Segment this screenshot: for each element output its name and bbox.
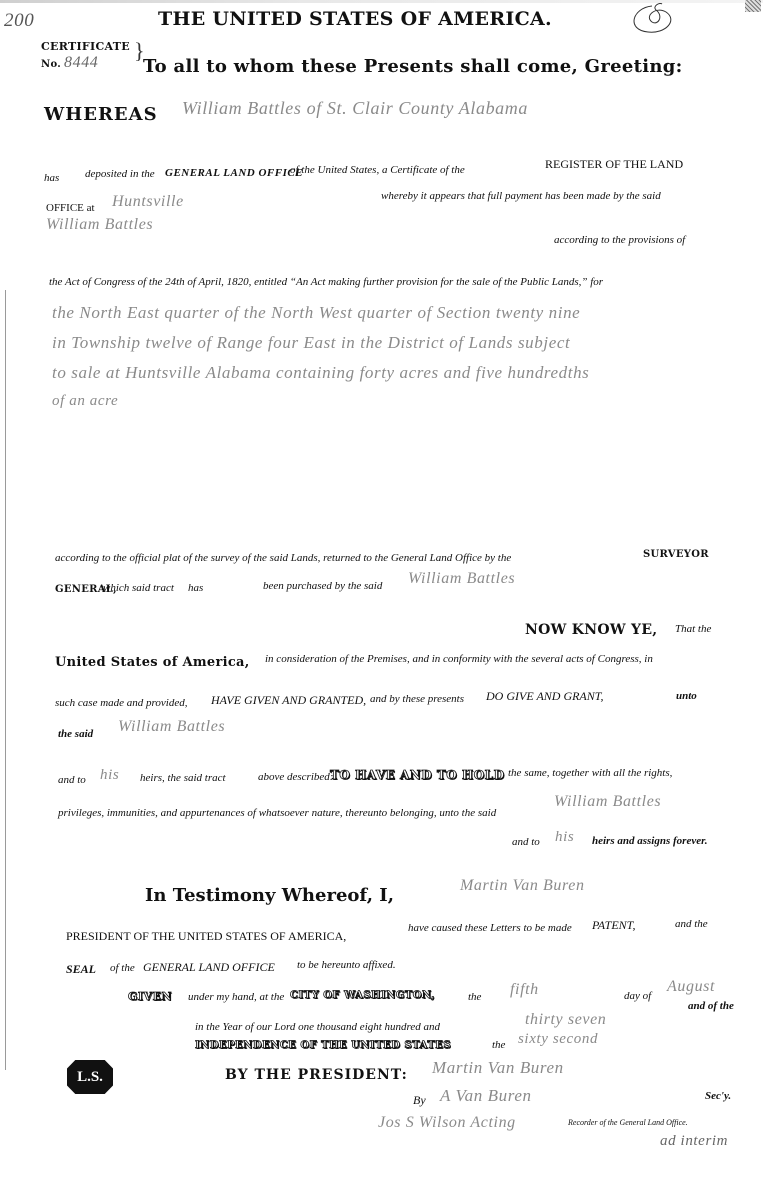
seal-locus-sigilli: L.S. <box>67 1060 113 1094</box>
grantee-name-3: William Battles <box>118 718 225 736</box>
year-text: in the Year of our Lord one thousand eig… <box>195 1021 440 1033</box>
day-of: day of <box>624 990 651 1002</box>
ad-interim: ad interim <box>660 1133 728 1150</box>
land-description-line-3: to sale at Huntsville Alabama containing… <box>52 363 589 383</box>
land-description-line-4: of an acre <box>52 393 118 410</box>
president-text: PRESIDENT OF THE UNITED STATES OF AMERIC… <box>66 929 346 944</box>
his-pronoun-1: his <box>100 767 119 784</box>
under-hand: under my hand, at the <box>188 991 284 1003</box>
same-together: the same, together with all the rights, <box>508 767 672 779</box>
of-the: of the <box>110 962 135 974</box>
grantee-name-4: William Battles <box>554 793 661 811</box>
caused-text: have caused these Letters to be made <box>408 922 572 934</box>
independence: INDEPENDENCE OF THE UNITED STATES <box>195 1040 451 1051</box>
secretary-signature: A Van Buren <box>440 1086 532 1106</box>
by-the-president: BY THE PRESIDENT: <box>225 1067 408 1083</box>
general-land-office: GENERAL LAND OFFICE <box>165 167 303 179</box>
privileges-text: privileges, immunities, and appurtenance… <box>58 807 496 819</box>
and-the: and the <box>675 918 708 930</box>
official-plat-text: according to the official plat of the su… <box>55 552 511 564</box>
and-to-2: and to <box>512 836 540 848</box>
by-word: By <box>413 1093 426 1108</box>
united-states-of-america: United States of America, <box>55 655 250 670</box>
which-said-tract: which said tract <box>103 582 174 594</box>
and-of-the: and of the <box>688 1000 734 1012</box>
purchased-text: been purchased by the said <box>263 580 382 592</box>
recorder-text: Recorder of the General Land Office. <box>568 1118 688 1127</box>
land-description-line-1: the North East quarter of the North West… <box>52 303 580 323</box>
day-ordinal: fifth <box>510 981 539 999</box>
surveyor-label: SURVEYOR <box>643 549 709 560</box>
given-word: GIVEN <box>128 990 172 1003</box>
unto-word: unto <box>676 690 697 702</box>
month: August <box>667 978 715 996</box>
has-word-2: has <box>188 582 203 594</box>
glo-italic: GENERAL LAND OFFICE <box>143 960 275 975</box>
affixed-text: to be hereunto affixed. <box>297 959 396 971</box>
have-given: HAVE GIVEN AND GRANTED, <box>211 693 366 708</box>
scan-corner-mark <box>745 0 761 12</box>
left-margin-rule <box>5 290 6 1070</box>
president-name: Martin Van Buren <box>460 877 585 895</box>
the-said: the said <box>58 728 93 740</box>
the-word: the <box>468 991 481 1003</box>
his-pronoun-2: his <box>555 829 574 846</box>
whereby-text: whereby it appears that full payment has… <box>381 190 661 202</box>
patent-word: PATENT, <box>592 918 635 933</box>
heirs-assigns: heirs and assigns forever. <box>592 835 708 847</box>
and-by-these: and by these presents <box>370 693 464 705</box>
grantee-name-2: William Battles <box>408 570 515 588</box>
certificate-number-label: No. <box>41 59 61 70</box>
seal-word: SEAL <box>66 962 96 977</box>
office-location: Huntsville <box>112 193 184 211</box>
office-at: OFFICE at <box>46 202 95 214</box>
recorder-signature: Jos S Wilson Acting <box>378 1114 516 1132</box>
year-words: thirty seven <box>525 1011 606 1029</box>
has-word: has <box>44 172 59 184</box>
greeting: To all to whom these Presents shall come… <box>143 56 683 77</box>
that-the: That the <box>675 623 711 635</box>
certificate-label: CERTIFICATE <box>41 40 130 53</box>
deposited-text-1: deposited in the <box>85 168 155 180</box>
page-number: 200 <box>4 10 34 32</box>
and-to: and to <box>58 774 86 786</box>
city-of-washington: CITY OF WASHINGTON, <box>290 990 435 1001</box>
president-signature: Martin Van Buren <box>432 1058 564 1078</box>
whereas-label: WHEREAS <box>44 104 158 125</box>
to-have-and-to-hold: TO HAVE AND TO HOLD <box>330 768 505 782</box>
act-text: the Act of Congress of the 24th of April… <box>49 276 603 288</box>
grantee-full: William Battles of St. Clair County Alab… <box>182 98 528 119</box>
heirs-tract: heirs, the said tract <box>140 772 226 784</box>
deposited-text-2: of the United States, a Certificate of t… <box>290 164 465 176</box>
now-know-ye: NOW KNOW YE, <box>525 622 658 638</box>
land-description-line-2: in Township twelve of Range four East in… <box>52 333 570 353</box>
independence-year: sixty second <box>518 1031 598 1048</box>
such-case: such case made and provided, <box>55 697 187 709</box>
do-give: DO GIVE AND GRANT, <box>486 689 604 704</box>
secretary-label: Sec'y. <box>705 1090 731 1102</box>
above-described: above described: <box>258 771 333 783</box>
the-word-2: the <box>492 1039 505 1051</box>
flourish-mark-icon <box>622 2 680 36</box>
consideration-text: in consideration of the Premises, and in… <box>265 653 653 665</box>
in-testimony: In Testimony Whereof, I, <box>145 885 394 906</box>
according-provisions: according to the provisions of <box>554 234 685 246</box>
grantee-name-1: William Battles <box>46 216 153 234</box>
seal-label: L.S. <box>77 1069 103 1086</box>
register-text: REGISTER OF THE LAND <box>545 157 683 172</box>
document-heading: THE UNITED STATES OF AMERICA. <box>158 8 552 30</box>
certificate-number: 8444 <box>64 54 98 72</box>
